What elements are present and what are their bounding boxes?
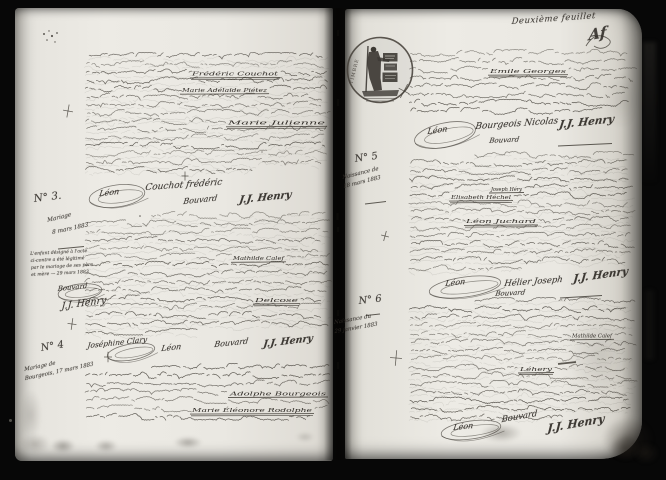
ghost-handwriting-line: [409, 212, 633, 219]
handwriting-line: [87, 380, 330, 387]
cross-mark-icon: [67, 318, 78, 331]
verification-paraph: Af: [588, 23, 606, 44]
ghost-handwriting-line: [86, 290, 324, 297]
handwriting-line: [410, 232, 630, 237]
handwriting-line: [411, 414, 563, 421]
stain: [168, 434, 208, 451]
name-underline: [464, 225, 538, 226]
stain: [472, 420, 530, 446]
ink-speck: [46, 39, 48, 41]
ink-speck: [56, 32, 58, 34]
handwriting-line: [152, 363, 329, 369]
ink-dash: [365, 202, 386, 205]
name-underline: [489, 193, 524, 194]
ghost-handwriting-line: [409, 228, 628, 234]
signature-witness-paraph: Bouvard: [489, 135, 520, 145]
cross-mark-icon: [104, 352, 112, 362]
ink-speck: [43, 33, 45, 35]
dust-speck: [9, 419, 12, 422]
stain: [292, 430, 318, 444]
handwriting-line: [86, 150, 327, 157]
ghost-handwriting-line: [86, 146, 326, 153]
name-underline: [231, 262, 286, 263]
ghost-handwriting-line: [411, 236, 634, 243]
underlined-name: Joseph Héry: [490, 186, 522, 193]
handwriting-line: [411, 208, 635, 215]
handwriting-line: [411, 49, 627, 56]
ghost-handwriting-line: [86, 223, 318, 230]
signature-witness-paraph: Bouvard: [495, 288, 526, 298]
handwriting-line: [85, 388, 227, 395]
stain: [596, 60, 646, 140]
handwriting-line: [151, 211, 325, 218]
ghost-handwriting-line: [474, 155, 628, 162]
ink-speck: [139, 215, 141, 217]
handwriting-line: [85, 236, 320, 243]
handwriting-line: [411, 257, 625, 264]
ink-dash: [558, 144, 612, 147]
ghost-handwriting-line: [86, 137, 324, 144]
signature-flourish-icon: [412, 116, 481, 153]
ghost-handwriting-line: [410, 252, 627, 259]
stain: [14, 430, 56, 458]
scanned-register-photo: TIMBRE Frédéric CouchotMarie Adélaïde Pi…: [0, 0, 666, 480]
signature-flourish-icon: [88, 181, 149, 212]
handwriting-line: [87, 220, 330, 227]
handwriting-line: [85, 287, 326, 294]
ghost-handwriting-line: [85, 273, 327, 280]
handwriting-line: [409, 91, 625, 98]
ink-speck: [51, 35, 53, 37]
underlined-name: Delcose: [253, 298, 299, 304]
cross-mark-icon: [62, 104, 74, 119]
name-underline: [253, 304, 300, 305]
ghost-handwriting-line: [86, 315, 332, 322]
ghost-handwriting-line: [85, 307, 327, 314]
handwriting-line: [86, 101, 320, 108]
handwriting-line: [88, 109, 331, 116]
handwriting-line: [85, 278, 332, 285]
name-underline: [488, 75, 568, 76]
ghost-handwriting-line: [410, 204, 633, 211]
underlined-name: Emile Georges: [488, 69, 566, 75]
stain: [628, 438, 664, 468]
handwriting-line: [409, 265, 522, 271]
ghost-handwriting-line: [410, 246, 624, 252]
handwriting-line: [409, 200, 628, 207]
ghost-handwriting-line: [89, 56, 328, 63]
name-underline: [180, 94, 269, 95]
ghost-handwriting-line: [411, 196, 634, 203]
cross-mark-icon: [380, 230, 390, 242]
handwriting-line: [411, 107, 602, 114]
name-underline: [228, 397, 328, 398]
ghost-handwriting-line: [86, 129, 321, 136]
legitimation-mention: L'enfant désigné à l'acte ci-contre a ét…: [30, 246, 123, 279]
handwriting-line: [410, 57, 625, 64]
name-underline: [190, 414, 314, 415]
underlined-name: Marie Julienne: [226, 121, 326, 127]
name-underline: [226, 126, 327, 127]
handwriting-line: [86, 372, 330, 379]
name-underline: [449, 201, 513, 202]
ink-speck: [48, 30, 49, 31]
underlined-name: Adolphe Bourgeois: [228, 391, 326, 397]
name-underline: [518, 373, 554, 374]
underlined-name: Frédéric Couchot: [190, 71, 279, 78]
ghost-handwriting-line: [409, 268, 520, 275]
ghost-handwriting-line: [86, 154, 326, 161]
stain: [556, 300, 646, 410]
underlined-name: Marie Éléonore Rodolphe: [190, 406, 312, 414]
handwriting-line: [87, 228, 329, 235]
handwriting-line: [411, 168, 628, 175]
ghost-handwriting-line: [151, 215, 320, 222]
ghost-handwriting-line: [85, 232, 330, 239]
underlined-name: Marie Adélaïde Piétez: [181, 87, 269, 94]
ghost-handwriting-line: [86, 97, 327, 104]
underlined-name: Léon Juchard: [464, 218, 536, 225]
ink-overlay: TIMBRE Frédéric CouchotMarie Adélaïde Pi…: [0, 0, 666, 480]
ink-speck: [54, 41, 55, 42]
underlined-name: Mathilde Calef: [232, 256, 285, 262]
handwriting-line: [410, 83, 628, 90]
underlined-name: Elisabeth Héchel: [450, 194, 511, 201]
stain: [90, 437, 122, 455]
cross-mark-icon: [389, 350, 402, 367]
ghost-handwriting-line: [87, 113, 330, 120]
signature-flourish-icon: [428, 272, 506, 303]
ink-speck: [261, 151, 262, 152]
handwriting-line: [409, 176, 628, 182]
name-underline: [190, 77, 280, 78]
underlined-name: Léhery: [518, 366, 553, 373]
